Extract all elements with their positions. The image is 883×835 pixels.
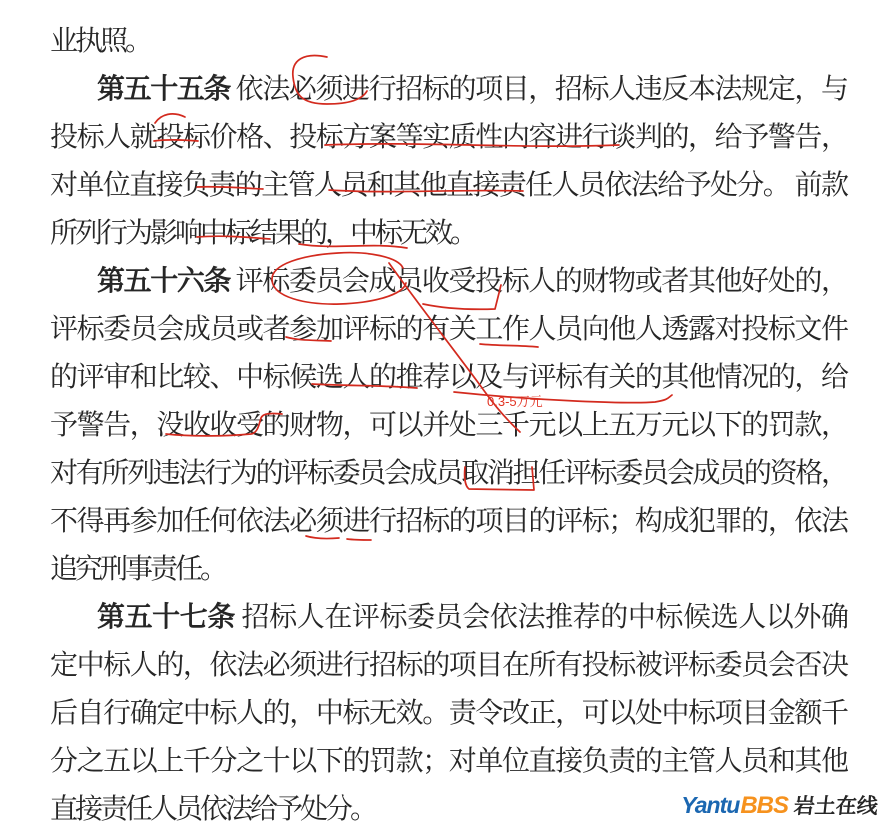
text-line: 第五十七条 招标人在评标委员会依法推荐的中标候选人以外确 (50, 594, 845, 642)
logo-cjk-text: 岩土在线 (792, 790, 879, 820)
text-line: 所列行为影响中标结果的，中标无效。 (50, 210, 845, 258)
text-line: 投标人就投标价格、投标方案等实质性内容进行谈判的，给予警告， (50, 114, 845, 162)
annotation-note: 0.3-5万元 (487, 394, 543, 409)
text-line: 第五十五条 依法必须进行招标的项目，招标人违反本法规定，与 (50, 66, 845, 114)
yantubbs-logo: YantuBBS 岩土在线 (681, 790, 878, 822)
text-line: 追究刑事责任。 (50, 546, 845, 594)
logo-yantu-text: Yantu (681, 792, 739, 819)
text-line: 对单位直接负责的主管人员和其他直接责任人员依法给予处分。 前款 (50, 162, 845, 210)
document-page: 业执照。第五十五条 依法必须进行招标的项目，招标人违反本法规定，与投标人就投标价… (0, 0, 883, 835)
text-line: 不得再参加任何依法必须进行招标的项目的评标；构成犯罪的，依法 (50, 498, 845, 546)
text-line: 后自行确定中标人的，中标无效。责令改正，可以处中标项目金额千 (50, 690, 845, 738)
text-line: 定中标人的，依法必须进行招标的项目在所有投标被评标委员会否决 (50, 642, 845, 690)
text-line: 第五十六条 评标委员会成员收受投标人的财物或者其他好处的， (50, 258, 845, 306)
text-line: 的评审和比较、中标候选人的推荐以及与评标有关的其他情况的，给 (50, 354, 845, 402)
article-heading: 第五十五条 (97, 74, 230, 105)
text-line: 对有所列违法行为的评标委员会成员取消担任评标委员会成员的资格， (50, 450, 845, 498)
text-line: 分之五以上千分之十以下的罚款；对单位直接负责的主管人员和其他 (50, 738, 845, 786)
text-body: 业执照。第五十五条 依法必须进行招标的项目，招标人违反本法规定，与投标人就投标价… (50, 18, 845, 834)
text-line: 予警告，没收收受的财物，可以并处三千元以上五万元以下的罚款， (50, 402, 845, 450)
text-line: 业执照。 (50, 18, 845, 66)
text-line: 评标委员会成员或者参加评标的有关工作人员向他人透露对投标文件 (50, 306, 845, 354)
logo-bbs-text: BBS (740, 792, 788, 820)
article-heading: 第五十七条 (97, 602, 235, 633)
article-heading: 第五十六条 (97, 266, 230, 297)
scanned-document: { "document": { "kind": "scanned legal t… (0, 0, 883, 835)
